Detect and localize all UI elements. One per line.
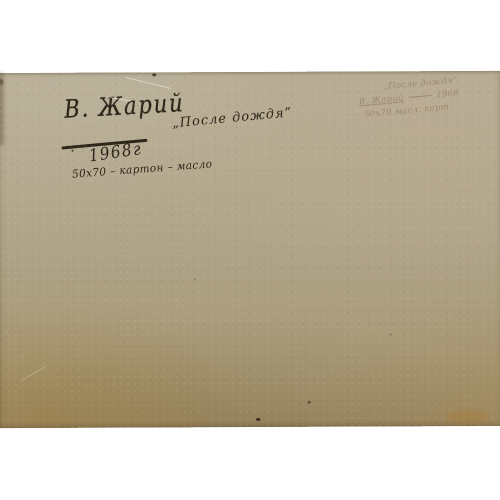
scratch-mark <box>126 77 171 89</box>
dark-speck <box>389 333 391 335</box>
pencil-year: 1968 <box>436 88 460 100</box>
artist-signature: В. Жарий <box>63 88 185 124</box>
artwork-title: „После дождя” <box>171 105 292 131</box>
dark-speck <box>0 79 3 85</box>
artwork-back-photo: В. Жарий „После дождя” 1968г 50х70 – кар… <box>0 71 500 428</box>
dark-speck <box>256 418 261 421</box>
ink-dot <box>72 150 74 152</box>
page-background: В. Жарий „После дождя” 1968г 50х70 – кар… <box>0 0 500 500</box>
rust-stain <box>445 409 491 424</box>
dark-speck <box>308 401 311 404</box>
crossed-out-word: ——— <box>408 91 431 103</box>
scratch-mark <box>20 365 46 381</box>
dark-speck <box>194 278 196 280</box>
pencil-note-block: „После дождя” В. Жарий ——— 1968 50х70 ма… <box>357 73 476 122</box>
edge-smudge <box>0 73 4 145</box>
dark-speck <box>152 73 156 76</box>
